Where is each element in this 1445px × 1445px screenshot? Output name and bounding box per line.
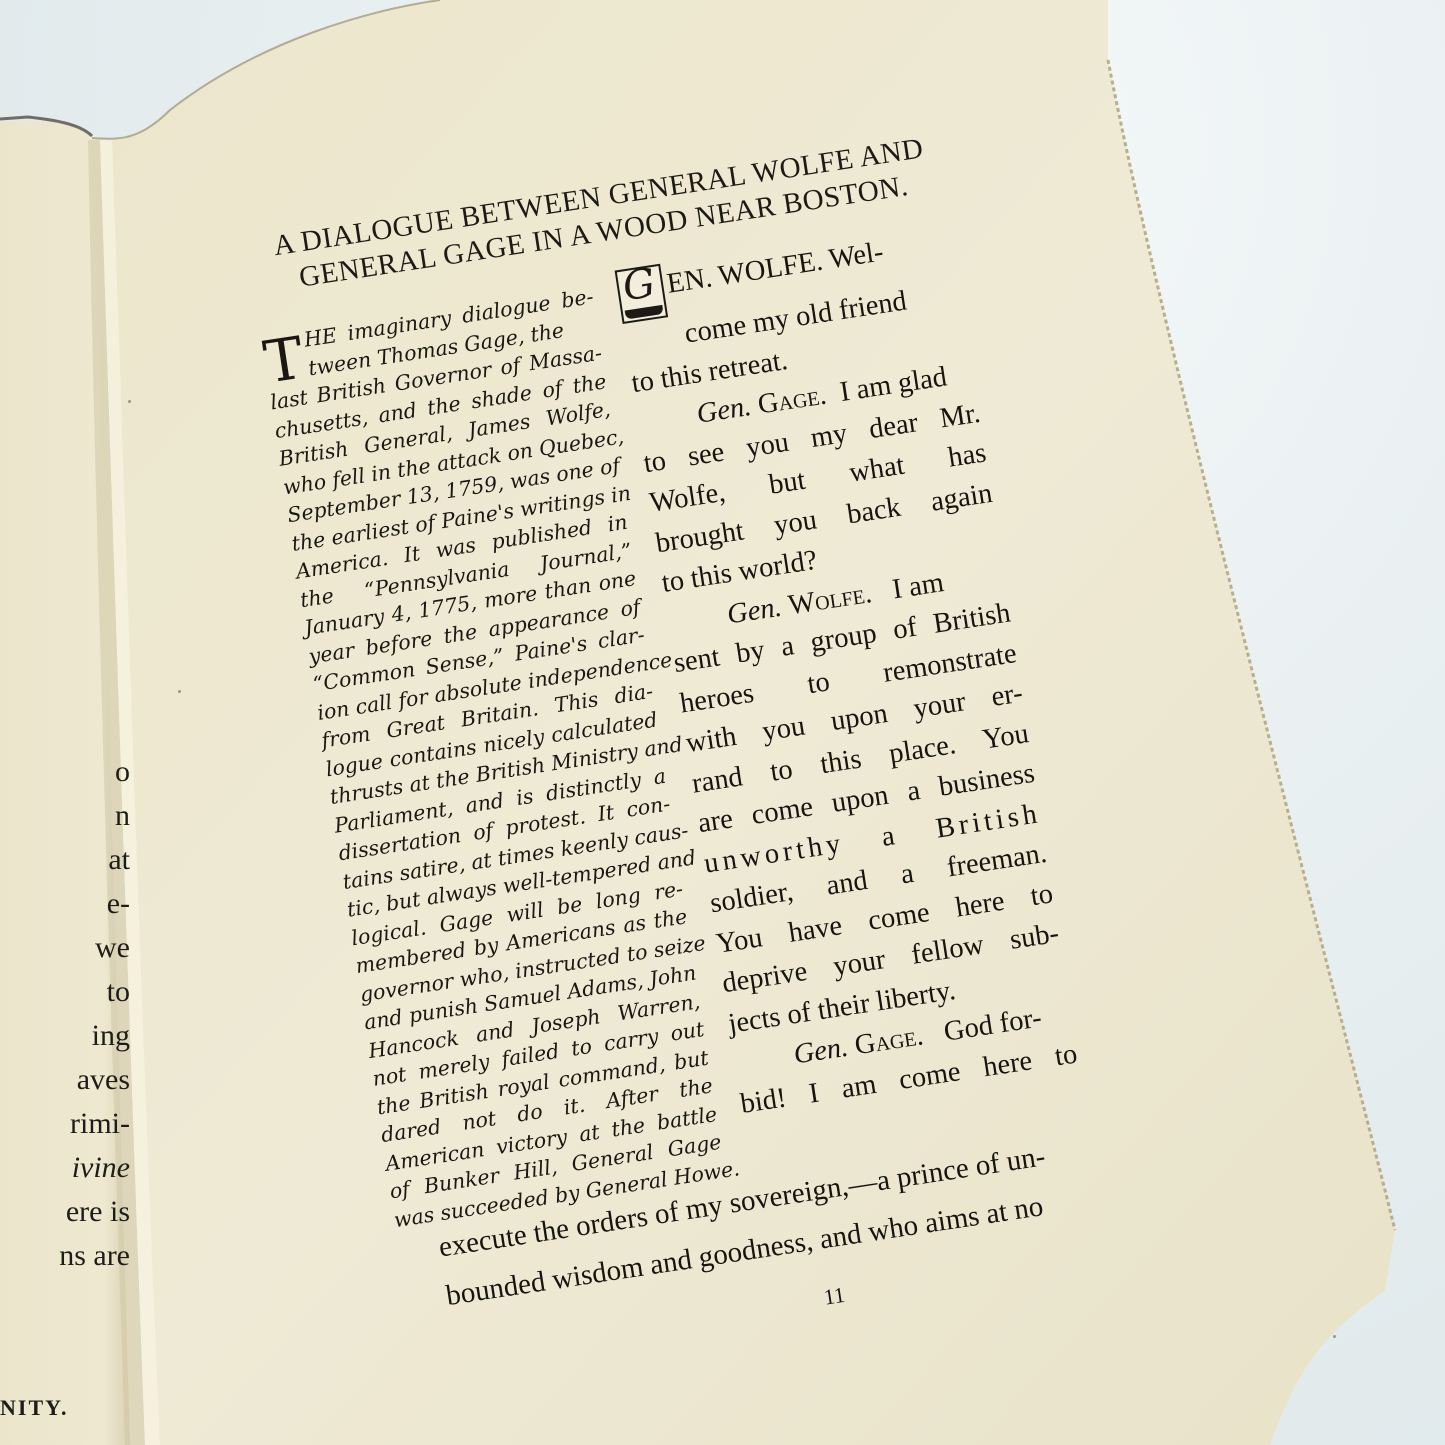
speaker-prefix: Gen. bbox=[725, 591, 784, 630]
speaker-name: Wolfe. bbox=[786, 578, 874, 621]
left-page-text: o n at e- we to ing aves rimi- ivine ere… bbox=[0, 750, 130, 1278]
two-column-body: T HE imaginary dialogue be- tween Thomas… bbox=[250, 214, 1176, 1224]
speaker-name: Gage. bbox=[853, 1020, 926, 1061]
paper-speck bbox=[1333, 1335, 1336, 1338]
left-page-heading-fragment: NITY. bbox=[0, 1395, 69, 1421]
left-fragment: o bbox=[0, 750, 130, 794]
ornamental-initial-icon: G bbox=[615, 264, 669, 324]
left-fragment: aves bbox=[0, 1058, 130, 1102]
paper-speck bbox=[178, 690, 181, 693]
left-fragment: at bbox=[0, 838, 130, 882]
speaker-name: Gage. bbox=[756, 380, 829, 421]
left-fragment: e- bbox=[0, 882, 130, 926]
drop-cap: T bbox=[261, 333, 307, 388]
left-fragment: n bbox=[0, 794, 130, 838]
left-fragment: ere is bbox=[0, 1190, 130, 1234]
right-page-content: A DIALOGUE BETWEEN GENERAL WOLFE AND GEN… bbox=[235, 115, 1176, 1223]
left-fragment: we bbox=[0, 926, 130, 970]
left-fragment: ing bbox=[0, 1014, 130, 1058]
left-fragment: rimi- bbox=[0, 1102, 130, 1146]
speaker-prefix: Gen. bbox=[695, 391, 754, 430]
photo-scene: o n at e- we to ing aves rimi- ivine ere… bbox=[0, 0, 1445, 1445]
left-fragment-italic: ivine bbox=[0, 1146, 130, 1190]
paper-speck bbox=[128, 400, 131, 403]
left-fragment: to bbox=[0, 970, 130, 1014]
speaker-prefix: Gen. bbox=[792, 1032, 851, 1071]
left-fragment: ns are bbox=[0, 1234, 130, 1278]
